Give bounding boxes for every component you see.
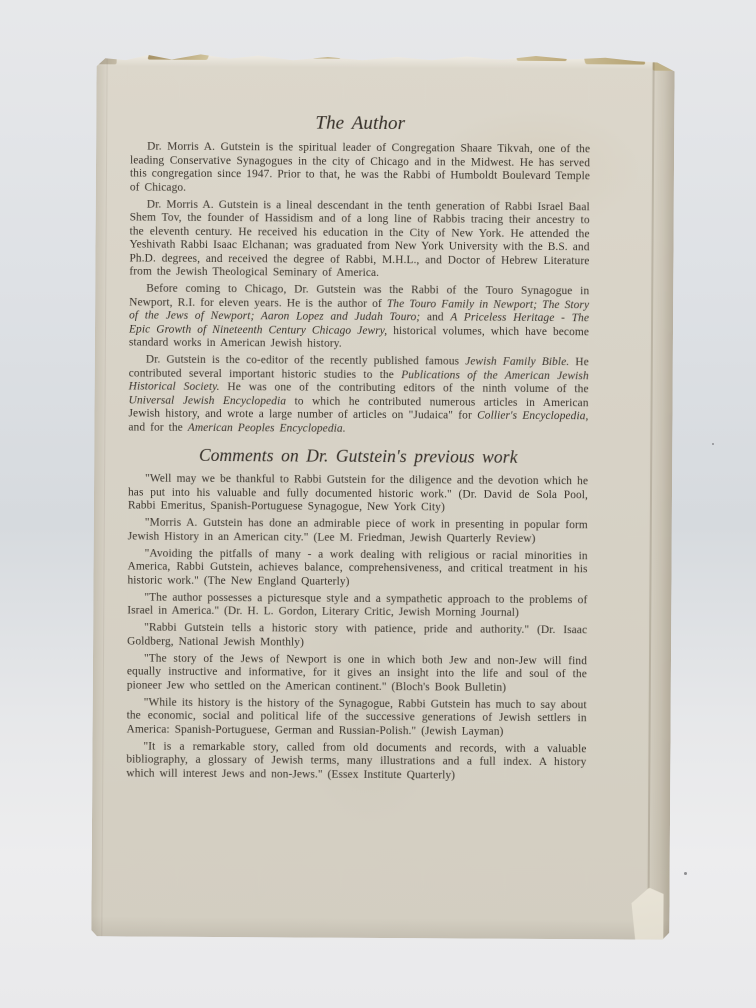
- paragraph: Dr. Morris A. Gutstein is a lineal desce…: [129, 198, 589, 282]
- dust-speck: [712, 443, 714, 445]
- jacket-text: The Author Dr. Morris A. Gutstein is the…: [126, 110, 590, 786]
- paragraph: Dr. Morris A. Gutstein is the spiritual …: [130, 140, 590, 197]
- dust-speck: [684, 872, 687, 875]
- paragraph: "Avoiding the pitfalls of many - a work …: [127, 547, 587, 590]
- paragraph: Before coming to Chicago, Dr. Gutstein w…: [129, 282, 589, 352]
- jacket-wear-chip: [517, 56, 567, 61]
- paragraph: "The author possesses a picturesque styl…: [127, 591, 587, 621]
- paragraph: "It is a remarkable story, called from o…: [126, 740, 586, 783]
- comments-paragraphs: "Well may we be thankful to Rabbi Gutste…: [126, 472, 588, 783]
- jacket-wear-chip: [147, 52, 210, 60]
- comments-heading: Comments on Dr. Gutstein's previous work: [128, 444, 588, 468]
- jacket-crease-line: [101, 50, 107, 936]
- bottom-corner-chip: [631, 888, 663, 940]
- paragraph: "While its history is the history of the…: [127, 696, 587, 739]
- jacket-fold-line: [647, 54, 654, 940]
- book-back-cover: The Author Dr. Morris A. Gutstein is the…: [91, 50, 674, 940]
- paragraph: "The story of the Jews of Newport is one…: [127, 652, 587, 695]
- author-paragraphs: Dr. Morris A. Gutstein is the spiritual …: [128, 140, 590, 437]
- paragraph: "Well may we be thankful to Rabbi Gutste…: [128, 472, 588, 515]
- paragraph: "Morris A. Gutstein has done an admirabl…: [128, 516, 588, 546]
- jacket-wear-chip: [313, 55, 341, 59]
- paragraph: "Rabbi Gutstein tells a historic story w…: [127, 621, 587, 651]
- jacket-wear-chip: [653, 62, 675, 71]
- photo-background: The Author Dr. Morris A. Gutstein is the…: [0, 0, 756, 1008]
- jacket-wear-chip: [584, 57, 646, 64]
- paragraph: Dr. Gutstein is the co-editor of the rec…: [128, 353, 588, 437]
- author-heading: The Author: [130, 110, 590, 136]
